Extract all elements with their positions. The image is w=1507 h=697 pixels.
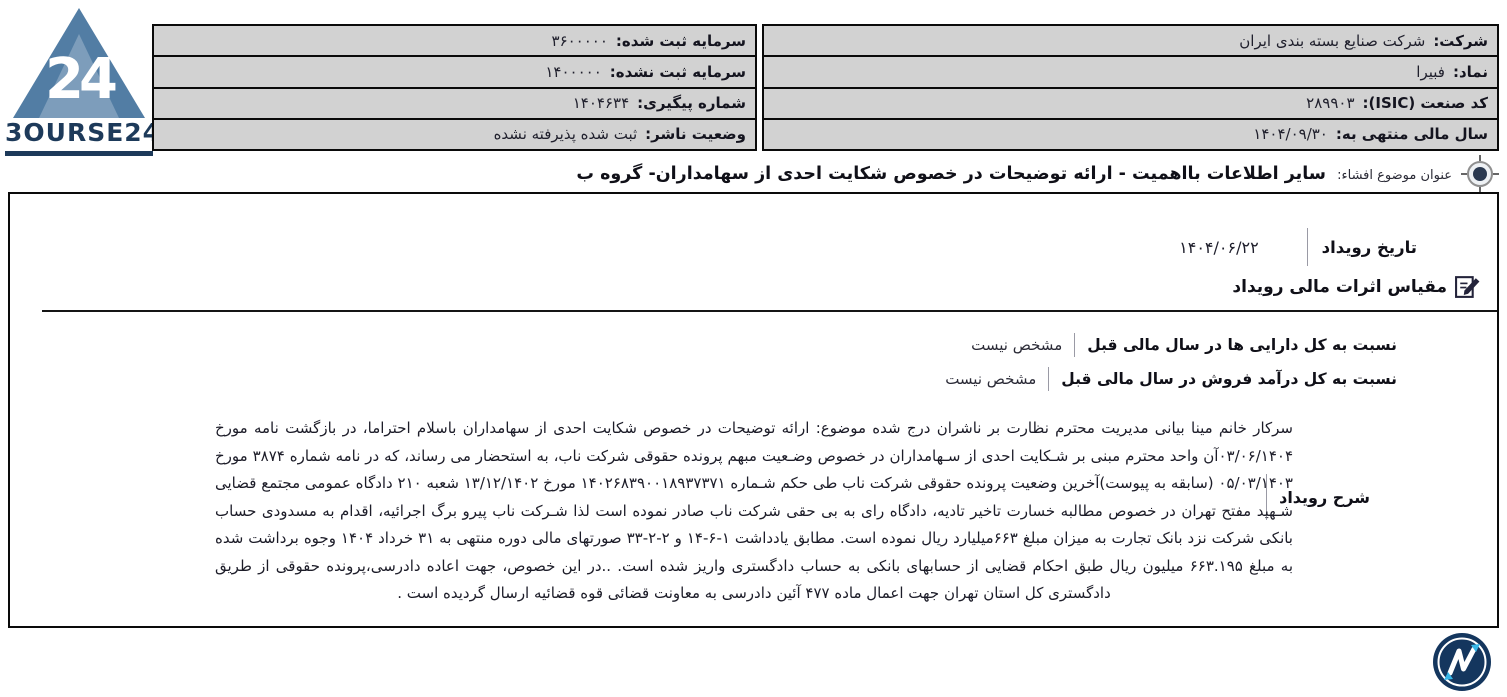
row-value: ۱۴۰۴/۰۹/۳۰ bbox=[1253, 125, 1328, 143]
table-row: سرمایه ثبت شده: ۳۶۰۰۰۰۰ bbox=[154, 26, 755, 55]
ratio-separator bbox=[1048, 367, 1049, 391]
disclosure-page: { "brand": { "logo_number": "24", "logo_… bbox=[0, 0, 1507, 697]
logo-wordmark: 3OURSE24 bbox=[5, 119, 153, 156]
ratio-row: نسبت به کل دارایی ها در سال مالی قبل مشخ… bbox=[945, 331, 1397, 358]
row-label: سال مالی منتهی به: bbox=[1336, 125, 1488, 143]
row-value: ۲۸۹۹۰۳ bbox=[1306, 94, 1354, 112]
table-row: وضعیت ناشر: ثبت شده پذیرفته نشده bbox=[154, 118, 755, 149]
row-value: ۱۴۰۰۰۰۰ bbox=[545, 63, 601, 81]
disclosure-title-bar: عنوان موضوع افشاء: سایر اطلاعات بااهمیت … bbox=[576, 153, 1499, 195]
ratio-label: نسبت به کل دارایی ها در سال مالی قبل bbox=[1087, 336, 1397, 354]
ratio-row: نسبت به کل درآمد فروش در سال مالی قبل مش… bbox=[945, 365, 1397, 392]
financial-scale-title: مقیاس اثرات مالی رویداد bbox=[1232, 277, 1447, 297]
row-value: ۳۶۰۰۰۰۰ bbox=[552, 32, 608, 50]
company-table-left: سرمایه ثبت شده: ۳۶۰۰۰۰۰ سرمایه ثبت نشده:… bbox=[152, 24, 757, 151]
row-label: نماد: bbox=[1453, 63, 1488, 81]
event-date-value: ۱۴۰۴/۰۶/۲۲ bbox=[1179, 238, 1259, 257]
logo-number: 24 bbox=[13, 52, 145, 108]
ratio-separator bbox=[1074, 333, 1075, 357]
table-row: شماره پیگیری: ۱۴۰۴۶۳۴ bbox=[154, 87, 755, 118]
target-icon bbox=[1461, 155, 1499, 193]
section-divider bbox=[42, 310, 1497, 312]
row-label: سرمایه ثبت شده: bbox=[616, 32, 746, 50]
company-info-header: سرمایه ثبت شده: ۳۶۰۰۰۰۰ سرمایه ثبت نشده:… bbox=[152, 24, 1499, 151]
table-row: کد صنعت (ISIC): ۲۸۹۹۰۳ bbox=[764, 87, 1497, 118]
disclosure-title: عنوان موضوع افشاء: سایر اطلاعات بااهمیت … bbox=[576, 164, 1452, 184]
table-row: سرمایه ثبت نشده: ۱۴۰۰۰۰۰ bbox=[154, 55, 755, 86]
row-label: شرکت: bbox=[1433, 32, 1488, 50]
event-date-label: تاریخ رویداد bbox=[1322, 238, 1417, 257]
row-value: فبیرا bbox=[1416, 63, 1445, 81]
table-row: شرکت: شرکت صنایع بسته بندی ایران bbox=[764, 26, 1497, 55]
row-label: وضعیت ناشر: bbox=[645, 125, 746, 143]
table-row: نماد: فبیرا bbox=[764, 55, 1497, 86]
ratio-value: مشخص نیست bbox=[971, 336, 1062, 354]
table-row: سال مالی منتهی به: ۱۴۰۴/۰۹/۳۰ bbox=[764, 118, 1497, 149]
row-value: ثبت شده پذیرفته نشده bbox=[494, 125, 638, 143]
description-text: سرکار خانم مینا بیانی مدیریت محترم نظارت… bbox=[215, 415, 1293, 608]
row-label: کد صنعت (ISIC): bbox=[1363, 94, 1489, 112]
row-label: شماره پیگیری: bbox=[637, 94, 746, 112]
ratio-list: نسبت به کل دارایی ها در سال مالی قبل مشخ… bbox=[945, 331, 1397, 392]
title-text: سایر اطلاعات بااهمیت - ارائه توضیحات در … bbox=[576, 164, 1326, 184]
ratio-value: مشخص نیست bbox=[945, 370, 1036, 388]
ratio-label: نسبت به کل درآمد فروش در سال مالی قبل bbox=[1061, 370, 1397, 388]
zigzag-arrow-badge-icon bbox=[1432, 632, 1492, 692]
company-table-right: شرکت: شرکت صنایع بسته بندی ایران نماد: ف… bbox=[762, 24, 1499, 151]
row-label: سرمایه ثبت نشده: bbox=[610, 63, 746, 81]
note-pencil-icon bbox=[1454, 273, 1481, 300]
event-date-separator bbox=[1307, 228, 1308, 266]
row-value: شرکت صنایع بسته بندی ایران bbox=[1239, 32, 1425, 50]
financial-scale-section: مقیاس اثرات مالی رویداد bbox=[1232, 273, 1481, 300]
event-date-row: تاریخ رویداد ۱۴۰۴/۰۶/۲۲ bbox=[1179, 228, 1417, 266]
event-detail-box: تاریخ رویداد ۱۴۰۴/۰۶/۲۲ مقیاس اثرات مالی… bbox=[8, 192, 1499, 628]
title-prefix: عنوان موضوع افشاء: bbox=[1337, 168, 1452, 183]
bourse24-logo[interactable]: 24 3OURSE24 bbox=[5, 4, 153, 154]
row-value: ۱۴۰۴۶۳۴ bbox=[573, 94, 629, 112]
site-badge[interactable] bbox=[1432, 632, 1492, 692]
